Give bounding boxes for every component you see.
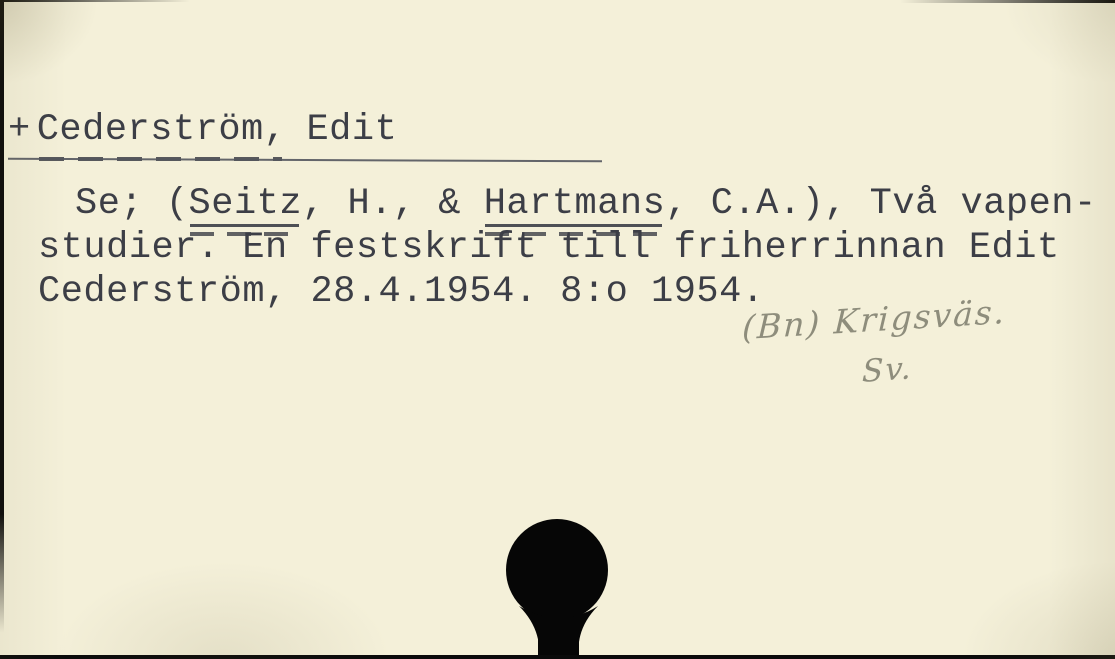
heading-surname: Cederström,	[37, 109, 287, 151]
card-heading: +Cederström,Edit	[8, 110, 397, 150]
body-ref-hartmans: Hartmans	[484, 183, 666, 225]
handwritten-note-line2: Sv.	[861, 350, 913, 390]
scan-edge-top-right	[900, 0, 1115, 3]
scan-edge-left	[0, 0, 4, 659]
heading-plus-mark: +	[8, 109, 31, 151]
scan-edge-top-left	[0, 0, 190, 2]
body-line1-mid: , H., &	[302, 183, 484, 225]
body-line1-pre: Se; (	[75, 183, 189, 225]
card-body-paragraph: Se; (Seitz, H., & Hartmans, C.A.), Två v…	[38, 182, 1097, 314]
body-ref-seitz: Seitz	[189, 183, 303, 225]
scanned-catalog-card: +Cederström,Edit Se; (Seitz, H., & Hartm…	[0, 0, 1115, 659]
scan-edge-bottom	[0, 655, 1115, 659]
body-line-1: Se; (Seitz, H., & Hartmans, C.A.), Två v…	[38, 182, 1097, 226]
heading-forename: Edit	[306, 109, 397, 151]
body-line1-post: , C.A.), Två vapen-	[665, 183, 1096, 225]
